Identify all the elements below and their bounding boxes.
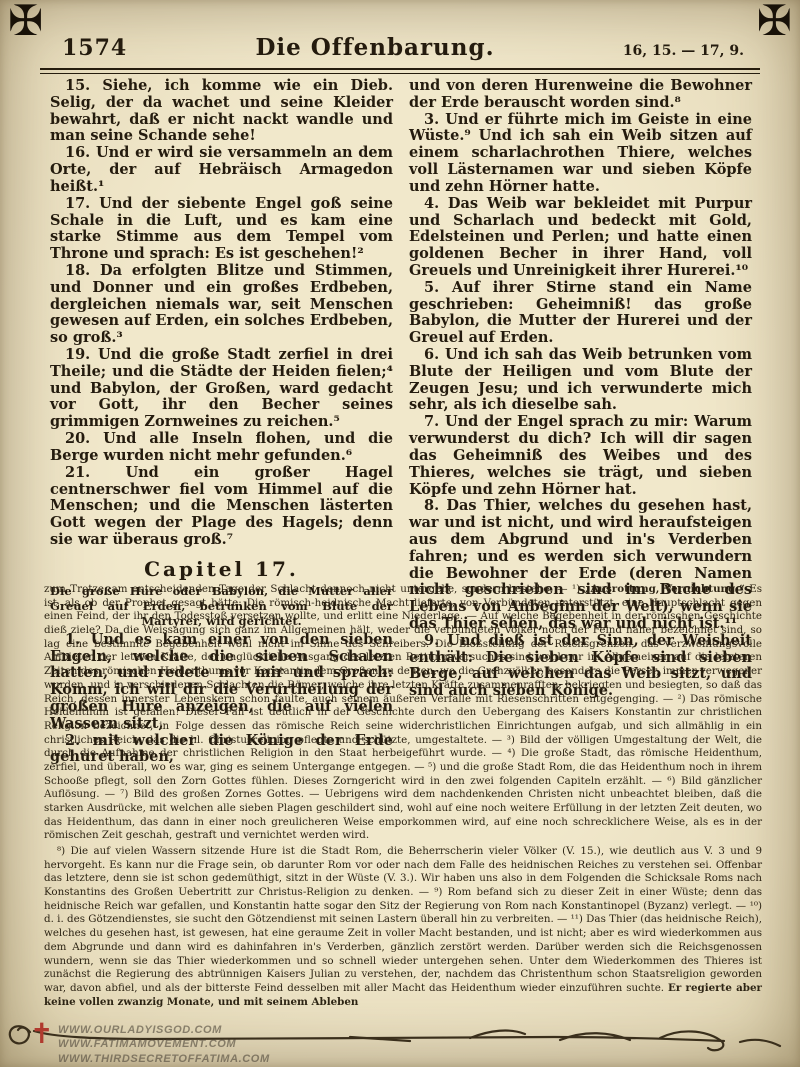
- page-header: 1574 Die Offenbarung. 16, 15. — 17, 9.: [62, 34, 744, 61]
- verse-15: 15. Siehe, ich komme wie ein Dieb. Selig…: [50, 78, 393, 145]
- watermark-url: WWW.OURLADYISGOD.COM: [58, 1023, 270, 1037]
- page-number: 1574: [62, 35, 127, 61]
- red-cross-watermark-icon: ✝: [30, 1020, 53, 1048]
- verse-4: 4. Das Weib war bekleidet mit Purpur und…: [409, 196, 752, 280]
- verse-16: 16. Und er wird sie versammeln an dem Or…: [50, 145, 393, 195]
- watermark-url: WWW.FATIMAMOVEMENT.COM: [58, 1037, 270, 1051]
- watermark-url: WWW.THIRDSECRETOFFATIMA.COM: [58, 1052, 270, 1066]
- corner-cross-icon: ✠: [8, 0, 43, 42]
- watermark-urls: WWW.OURLADYISGOD.COM WWW.FATIMAMOVEMENT.…: [58, 1023, 270, 1066]
- footnotes-block-2: ⁸) Die auf vielen Wassern sitzende Hure …: [44, 845, 762, 1009]
- page-title: Die Offenbarung.: [255, 34, 494, 61]
- chapter-heading: Capitel 17.: [50, 558, 393, 581]
- corner-cross-icon: ✠: [757, 0, 792, 42]
- verse-6: 6. Und ich sah das Weib betrunken vom Bl…: [409, 347, 752, 414]
- verse-3: 3. Und er führte mich im Geiste in eine …: [409, 112, 752, 196]
- footnotes-block-1: zum Trotze, am entscheidenden Tage der S…: [44, 583, 762, 843]
- verse-17: 17. Und der siebente Engel goß seine Sch…: [50, 196, 393, 263]
- scanned-bible-page: ✠ ✠ 1574 Die Offenbarung. 16, 15. — 17, …: [0, 0, 800, 1067]
- verse-continuation: und von deren Hurenweine die Bewohner de…: [409, 78, 752, 112]
- footnote-bold-segment: „Ausrottung, Vernichtung.“: [585, 583, 745, 595]
- footnote-segment: zum Trotze, am entscheidenden Tage der S…: [44, 583, 585, 595]
- verses-16: 15. Siehe, ich komme wie ein Dieb. Selig…: [50, 78, 393, 549]
- verse-7: 7. Und der Engel sprach zu mir: Warum ve…: [409, 414, 752, 498]
- verse-19: 19. Und die große Stadt zerfiel in drei …: [50, 347, 393, 431]
- footnote-segment: Es ist, als ob der Prophet gesagt hätte:…: [44, 583, 762, 841]
- verse-20: 20. Und alle Inseln flohen, und die Berg…: [50, 431, 393, 465]
- verse-5: 5. Auf ihrer Stirne stand ein Name gesch…: [409, 280, 752, 347]
- footnote-segment: ⁸) Die auf vielen Wassern sitzende Hure …: [44, 845, 762, 994]
- header-rule: [40, 68, 760, 74]
- verse-18: 18. Da erfolgten Blitze und Stimmen, und…: [50, 263, 393, 347]
- verse-range: 16, 15. — 17, 9.: [623, 43, 744, 59]
- verse-21: 21. Und ein großer Hagel centnerschwer f…: [50, 465, 393, 549]
